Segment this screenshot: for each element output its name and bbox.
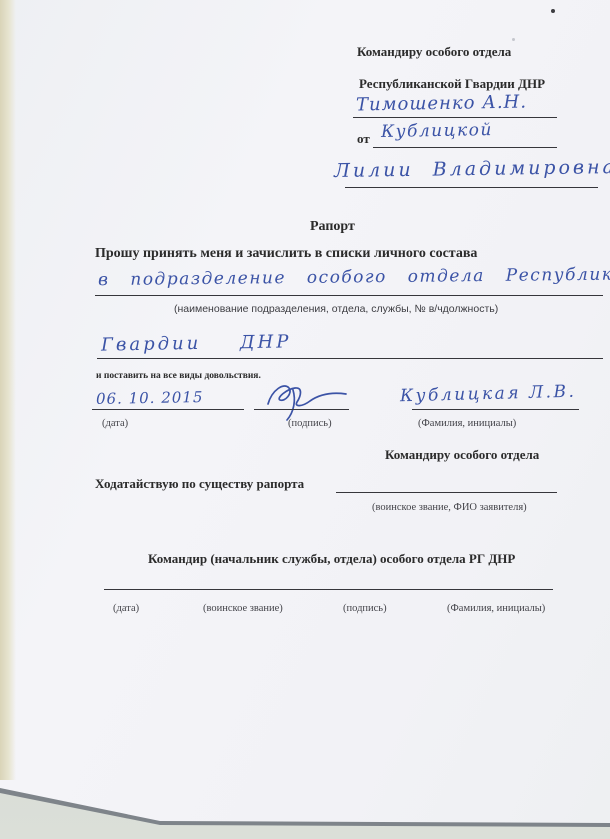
scan-speck xyxy=(551,9,555,13)
ruled-line xyxy=(412,409,579,410)
ruled-line xyxy=(336,492,557,493)
allowance-line: и поставить на все виды довольствия. xyxy=(96,371,261,381)
ruled-line xyxy=(97,358,603,359)
addressee-line: Командиру особого отдела xyxy=(357,44,511,60)
from-label: от xyxy=(357,131,370,147)
handwritten-addressee-name: Тимошенко А.Н. xyxy=(356,92,527,116)
petition-caption: (воинское звание, ФИО заявителя) xyxy=(372,502,527,513)
commander-approval-line: Командир (начальник службы, отдела) особ… xyxy=(148,551,515,567)
petition-line: Ходатайствую по существу рапорта xyxy=(95,476,304,492)
approval-rank-caption: (воинское звание) xyxy=(203,603,283,614)
handwritten-surname-initials: Кублицкая Л.В. xyxy=(400,382,577,407)
ruled-line xyxy=(254,409,349,410)
approval-signature-caption: (подпись) xyxy=(343,603,387,614)
scan-speck-faint xyxy=(512,38,515,41)
handwritten-from-surname: Кублицкой xyxy=(381,120,493,142)
ruled-line xyxy=(104,589,553,590)
ruled-line xyxy=(95,295,603,296)
paper-left-edge xyxy=(0,0,16,780)
approval-name-caption: (Фамилия, инициалы) xyxy=(447,603,545,614)
approval-date-caption: (дата) xyxy=(113,603,139,614)
ruled-line xyxy=(345,187,598,188)
unit-caption: (наименование подразделения, отдела, слу… xyxy=(174,303,498,315)
addressee-unit-line: Республиканской Гвардии ДНР xyxy=(359,76,545,92)
handwritten-date: 06. 10. 2015 xyxy=(96,388,204,408)
signature-caption: (подпись) xyxy=(288,418,332,429)
handwritten-from-given-names: Лилии Владимировна xyxy=(334,156,610,182)
handwritten-unit-line-2: Гвардии ДНР xyxy=(101,331,292,355)
ruled-line xyxy=(92,409,244,410)
date-caption: (дата) xyxy=(102,418,128,429)
ruled-line xyxy=(373,147,557,148)
endorsement-addressee: Командиру особого отдела xyxy=(385,447,539,463)
handwritten-unit-line: в подразделение особого отдела Республик… xyxy=(98,264,610,290)
name-caption: (Фамилия, инициалы) xyxy=(418,418,516,429)
ruled-line xyxy=(353,117,557,118)
report-title: Рапорт xyxy=(310,219,355,235)
request-line: Прошу принять меня и зачислить в списки … xyxy=(95,246,477,262)
handwritten-signature-icon xyxy=(260,378,355,418)
